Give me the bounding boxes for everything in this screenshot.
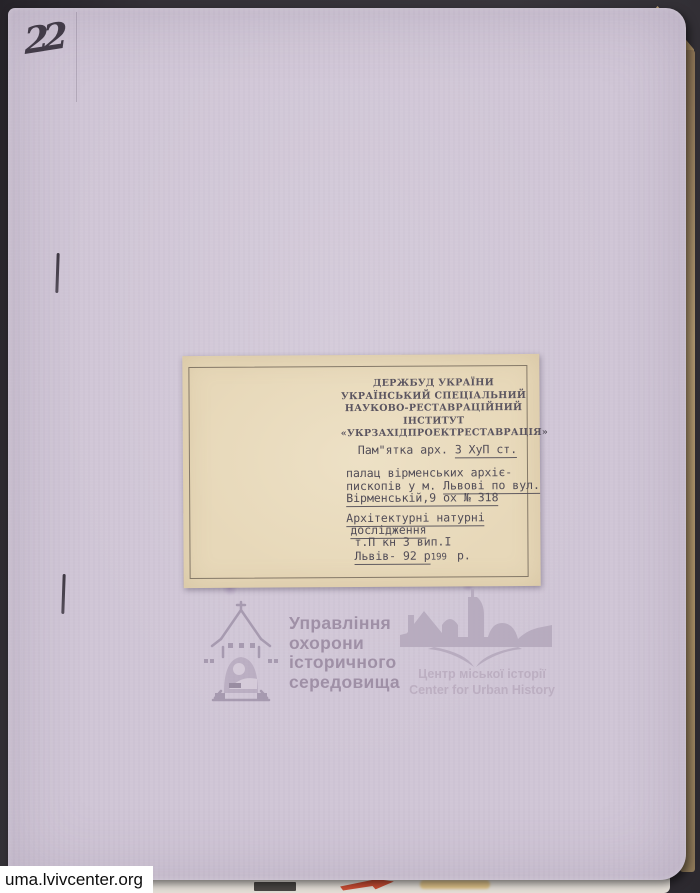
paper-crease <box>76 12 77 102</box>
typed-place-year: Львів- 92 р <box>354 548 430 564</box>
printed-suffix: р. <box>457 548 471 562</box>
heritage-office-logo-icon <box>201 599 281 709</box>
heritage-office-watermark-text: Управління охорони історичного середовищ… <box>289 614 400 692</box>
monument-title-line: Пам"ятка арх. З ХуП ст. <box>358 443 540 457</box>
urban-history-watermark-text: Центр міської історії Center for Urban H… <box>402 667 562 698</box>
header-line: «УКРЗАХІДПРОЕКТРЕСТАВРАЦІЯ» <box>341 427 527 441</box>
volume-line: т.П кн 3 вип.І <box>354 535 540 549</box>
archival-label: ДЕРЖБУД УКРАЇНИ УКРАЇНСЬКИЙ СПЕЦІАЛЬНИЙ … <box>182 354 540 588</box>
yellow-smudge-mark <box>420 880 490 889</box>
header-line: ІНСТИТУТ <box>341 415 527 429</box>
urban-history-logo-icon <box>400 585 552 669</box>
research-type-block: Архітектурні натурні дослідження т.П кн … <box>346 511 540 565</box>
archive-url-overlay: uma.lvivcenter.org <box>0 866 153 893</box>
staple-bottom <box>61 574 65 614</box>
document-cover-page: 22 ДЕРЖБУД УКРАЇНИ УКРАЇНСЬКИЙ СПЕЦІАЛЬН… <box>8 8 686 880</box>
handwritten-page-number: 22 <box>23 15 63 63</box>
header-line: ДЕРЖБУД УКРАЇНИ <box>340 377 526 391</box>
institute-header: ДЕРЖБУД УКРАЇНИ УКРАЇНСЬКИЙ СПЕЦІАЛЬНИЙ … <box>340 377 526 441</box>
place-year-line: Львів- 92 р199р. <box>354 549 540 565</box>
staple-top <box>55 253 59 293</box>
header-line: НАУКОВО-РЕСТАВРАЦІЙНИЙ <box>341 402 527 416</box>
printed-year-stub: 199 <box>431 552 447 562</box>
dark-pencil-mark <box>254 882 296 891</box>
typewritten-description: Пам"ятка арх. З ХуП ст. палац вірменськи… <box>346 443 541 564</box>
